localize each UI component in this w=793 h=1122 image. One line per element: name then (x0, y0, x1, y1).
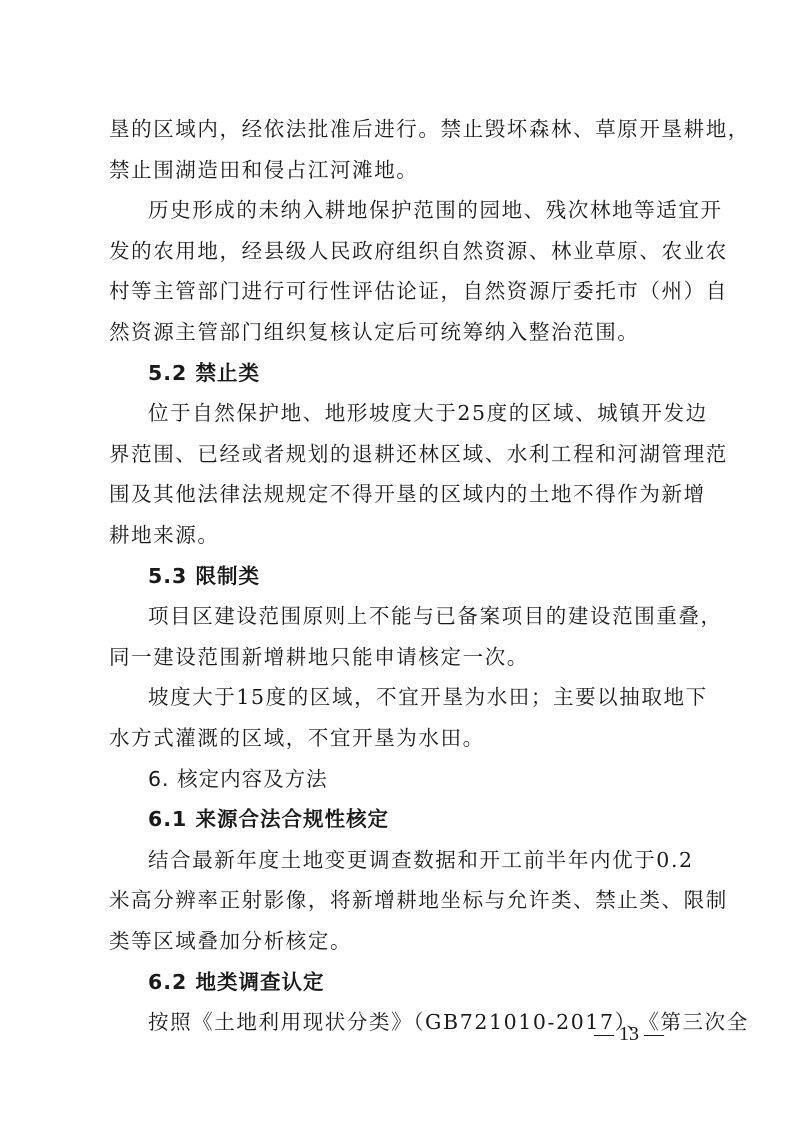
paragraph-line: 禁止围湖造田和侵占江河滩地。 (109, 158, 689, 182)
paragraph-line: 坡度大于15度的区域，不宜开垦为水田；主要以抽取地下 (148, 685, 689, 709)
section-heading-6: 6. 核定内容及方法 (148, 767, 689, 791)
section-heading-5-2: 5.2 禁止类 (148, 361, 689, 385)
paragraph-line: 发的农用地，经县级人民政府组织自然资源、林业草原、农业农 (109, 239, 689, 263)
paragraph-line: 然资源主管部门组织复核认定后可统筹纳入整治范围。 (109, 320, 689, 344)
page-number: — 13 — (594, 1022, 664, 1046)
paragraph-line: 村等主管部门进行可行性评估论证，自然资源厅委托市（州）自 (109, 279, 689, 303)
document-page: 垦的区域内，经依法批准后进行。禁止毁坏森林、草原开垦耕地， 禁止围湖造田和侵占江… (0, 0, 793, 1122)
paragraph-line: 项目区建设范围原则上不能与已备案项目的建设范围重叠， (148, 604, 689, 628)
paragraph-line: 垦的区域内，经依法批准后进行。禁止毁坏森林、草原开垦耕地， (109, 117, 689, 141)
paragraph-line: 水方式灌溉的区域，不宜开垦为水田。 (109, 726, 689, 750)
section-heading-6-2: 6.2 地类调查认定 (148, 970, 689, 994)
section-heading-5-3: 5.3 限制类 (148, 564, 689, 588)
paragraph-line: 结合最新年度土地变更调查数据和开工前半年内优于0.2 (148, 848, 689, 872)
paragraph-line: 界范围、已经或者规划的退耕还林区域、水利工程和河湖管理范 (109, 442, 689, 466)
paragraph-line: 历史形成的未纳入耕地保护范围的园地、残次林地等适宜开 (148, 198, 689, 222)
paragraph-line: 米高分辨率正射影像，将新增耕地坐标与允许类、禁止类、限制 (109, 888, 689, 912)
section-heading-6-1: 6.1 来源合法合规性核定 (148, 807, 689, 831)
paragraph-line: 围及其他法律法规规定不得开垦的区域内的土地不得作为新增 (109, 482, 689, 506)
paragraph-line: 类等区域叠加分析核定。 (109, 929, 689, 953)
paragraph-line: 同一建设范围新增耕地只能申请核定一次。 (109, 645, 689, 669)
paragraph-line: 位于自然保护地、地形坡度大于25度的区域、城镇开发边 (148, 401, 689, 425)
paragraph-line: 耕地来源。 (109, 523, 689, 547)
